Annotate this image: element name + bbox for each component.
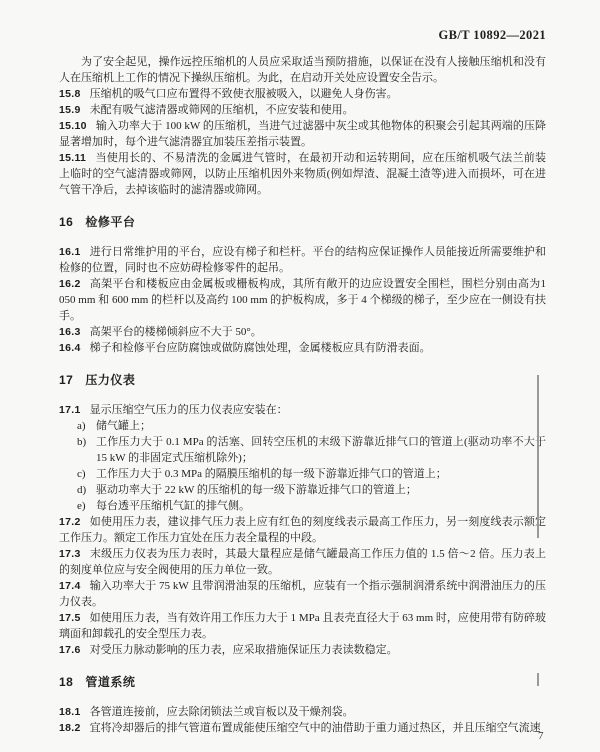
document-page: GB/T 10892—2021 为了安全起见，操作远控压缩机的人员应采取适当预防… (0, 0, 600, 752)
list-text: 工作压力大于 0.3 MPa 的隔膜压缩机的每一级下游靠近排气口的管道上； (96, 468, 447, 480)
clause-17-2: 17.2如使用压力表，建议排气压力表上应有红色的刻度线表示最高工作压力，另一刻度… (59, 514, 546, 546)
clause-number: 16.3 (59, 326, 81, 338)
clause-text: 如使用压力表，当有效许用工作压力大于 1 MPa 且表壳直径大于 63 mm 时… (59, 612, 546, 640)
clause-16-3: 16.3高架平台的楼梯倾斜应不大于 50°。 (59, 324, 546, 340)
section-title: 检修平台 (85, 215, 135, 229)
section-number: 18 (59, 675, 73, 689)
clause-18-2: 18.2宜将冷却器后的排气管道布置成能使压缩空气中的油借助于重力通过热区，并且压… (59, 720, 546, 736)
document-body: 为了安全起见，操作远控压缩机的人员应采取适当预防措施，以保证在没有人接触压缩机和… (59, 54, 546, 736)
list-marker: a) (77, 418, 86, 434)
list-text: 工作压力大于 0.1 MPa 的活塞、回转空压机的末级下游靠近排气口的管道上(驱… (96, 436, 546, 464)
clause-text: 高架平台的楼梯倾斜应不大于 50°。 (90, 326, 262, 338)
clause-number: 16.1 (59, 246, 81, 258)
clause-16-2: 16.2高架平台和楼板应由金属板或栅板构成，其所有敞开的边应设置安全围栏，围栏分… (59, 276, 546, 324)
clause-number: 17.3 (59, 548, 81, 560)
section-heading-18: 18管道系统 (59, 674, 546, 690)
page-number: 7 (538, 728, 544, 744)
section-heading-16: 16检修平台 (59, 214, 546, 230)
intro-paragraph: 为了安全起见，操作远控压缩机的人员应采取适当预防措施，以保证在没有人接触压缩机和… (59, 54, 546, 86)
clause-15-9: 15.9未配有吸气滤清器或筛网的压缩机，不应安装和使用。 (59, 102, 546, 118)
clause-text: 高架平台和楼板应由金属板或栅板构成，其所有敞开的边应设置安全围栏，围栏分别由高为… (59, 278, 546, 322)
list-text: 每台透平压缩机气缸的排气侧。 (96, 500, 250, 512)
clause-number: 16.2 (59, 278, 81, 290)
clause-17-1: 17.1显示压缩空气压力的压力仪表应安装在： (59, 402, 546, 418)
clause-17-6: 17.6对受压力脉动影响的压力表，应采取措施保证压力表读数稳定。 (59, 642, 546, 658)
list-marker: e) (77, 498, 86, 514)
clause-text: 对受压力脉动影响的压力表，应采取措施保证压力表读数稳定。 (90, 644, 398, 656)
clause-text: 各管道连接前，应去除闭锁法兰或盲板以及干燥剂袋。 (90, 706, 354, 718)
clause-number: 17.1 (59, 404, 81, 416)
list-text: 储气罐上； (96, 420, 151, 432)
clause-text: 未配有吸气滤清器或筛网的压缩机，不应安装和使用。 (90, 104, 354, 116)
clause-16-1: 16.1进行日常维护用的平台，应设有梯子和栏杆。平台的结构应保证操作人员能接近所… (59, 244, 546, 276)
clause-15-10: 15.10输入功率大于 100 kW 的压缩机，当进气过滤器中灰尘或其他物体的积… (59, 118, 546, 150)
clause-text: 压缩机的吸气口应布置得不致使衣服被吸入，以避免人身伤害。 (90, 88, 398, 100)
clause-16-4: 16.4梯子和检修平台应防腐蚀或做防腐蚀处理，金属楼板应具有防滑表面。 (59, 340, 546, 356)
section-heading-17: 17压力仪表 (59, 372, 546, 388)
clause-text: 进行日常维护用的平台，应设有梯子和栏杆。平台的结构应保证操作人员能接近所需要维护… (59, 246, 546, 274)
clause-text: 梯子和检修平台应防腐蚀或做防腐蚀处理，金属楼板应具有防滑表面。 (90, 342, 431, 354)
list-item-a: a)储气罐上； (59, 418, 546, 434)
clause-number: 15.9 (59, 104, 81, 116)
clause-text: 末级压力仪表为压力表时，其最大量程应是储气罐最高工作压力值的 1.5 倍～2 倍… (59, 548, 546, 576)
list-item-d: d)驱动功率大于 22 kW 的压缩机的每一级下游靠近排气口的管道上； (59, 482, 546, 498)
revision-bar-short (537, 673, 539, 686)
section-number: 16 (59, 215, 73, 229)
clause-number: 18.1 (59, 706, 81, 718)
clause-text: 输入功率大于 75 kW 且带润滑油泵的压缩机，应装有一个指示强制润滑系统中润滑… (59, 580, 546, 608)
standard-code-header: GB/T 10892—2021 (59, 27, 546, 43)
list-text: 驱动功率大于 22 kW 的压缩机的每一级下游靠近排气口的管道上； (96, 484, 417, 496)
clause-number: 17.6 (59, 644, 81, 656)
clause-number: 17.4 (59, 580, 81, 592)
clause-number: 17.2 (59, 516, 81, 528)
list-item-e: e)每台透平压缩机气缸的排气侧。 (59, 498, 546, 514)
clause-15-8: 15.8压缩机的吸气口应布置得不致使衣服被吸入，以避免人身伤害。 (59, 86, 546, 102)
clause-number: 17.5 (59, 612, 81, 624)
clause-17-3: 17.3末级压力仪表为压力表时，其最大量程应是储气罐最高工作压力值的 1.5 倍… (59, 546, 546, 578)
section-number: 17 (59, 373, 73, 387)
list-item-b: b)工作压力大于 0.1 MPa 的活塞、回转空压机的末级下游靠近排气口的管道上… (59, 434, 546, 466)
clause-number: 15.8 (59, 88, 81, 100)
clause-text: 显示压缩空气压力的压力仪表应安装在： (90, 404, 288, 416)
clause-text: 当使用长的、不易清洗的金属进气管时，在最初开动和运转期间，应在压缩机吸气法兰前装… (59, 152, 546, 196)
clause-17-5: 17.5如使用压力表，当有效许用工作压力大于 1 MPa 且表壳直径大于 63 … (59, 610, 546, 642)
section-title: 管道系统 (85, 675, 135, 689)
list-marker: b) (77, 434, 86, 450)
clause-number: 18.2 (59, 722, 81, 734)
clause-text: 输入功率大于 100 kW 的压缩机，当进气过滤器中灰尘或其他物体的积聚会引起其… (59, 120, 546, 148)
clause-number: 16.4 (59, 342, 81, 354)
list-item-c: c)工作压力大于 0.3 MPa 的隔膜压缩机的每一级下游靠近排气口的管道上； (59, 466, 546, 482)
clause-15-11: 15.11当使用长的、不易清洗的金属进气管时，在最初开动和运转期间，应在压缩机吸… (59, 150, 546, 198)
clause-text: 如使用压力表，建议排气压力表上应有红色的刻度线表示最高工作压力，另一刻度线表示额… (59, 516, 546, 544)
clause-number: 15.10 (59, 120, 87, 132)
clause-text: 宜将冷却器后的排气管道布置成能使压缩空气中的油借助于重力通过热区，并且压缩空气流… (90, 722, 541, 734)
list-marker: d) (77, 482, 86, 498)
section-title: 压力仪表 (85, 373, 135, 387)
list-marker: c) (77, 466, 86, 482)
clause-17-4: 17.4输入功率大于 75 kW 且带润滑油泵的压缩机，应装有一个指示强制润滑系… (59, 578, 546, 610)
clause-18-1: 18.1各管道连接前，应去除闭锁法兰或盲板以及干燥剂袋。 (59, 704, 546, 720)
clause-number: 15.11 (59, 152, 86, 164)
revision-bar-long (537, 375, 539, 538)
